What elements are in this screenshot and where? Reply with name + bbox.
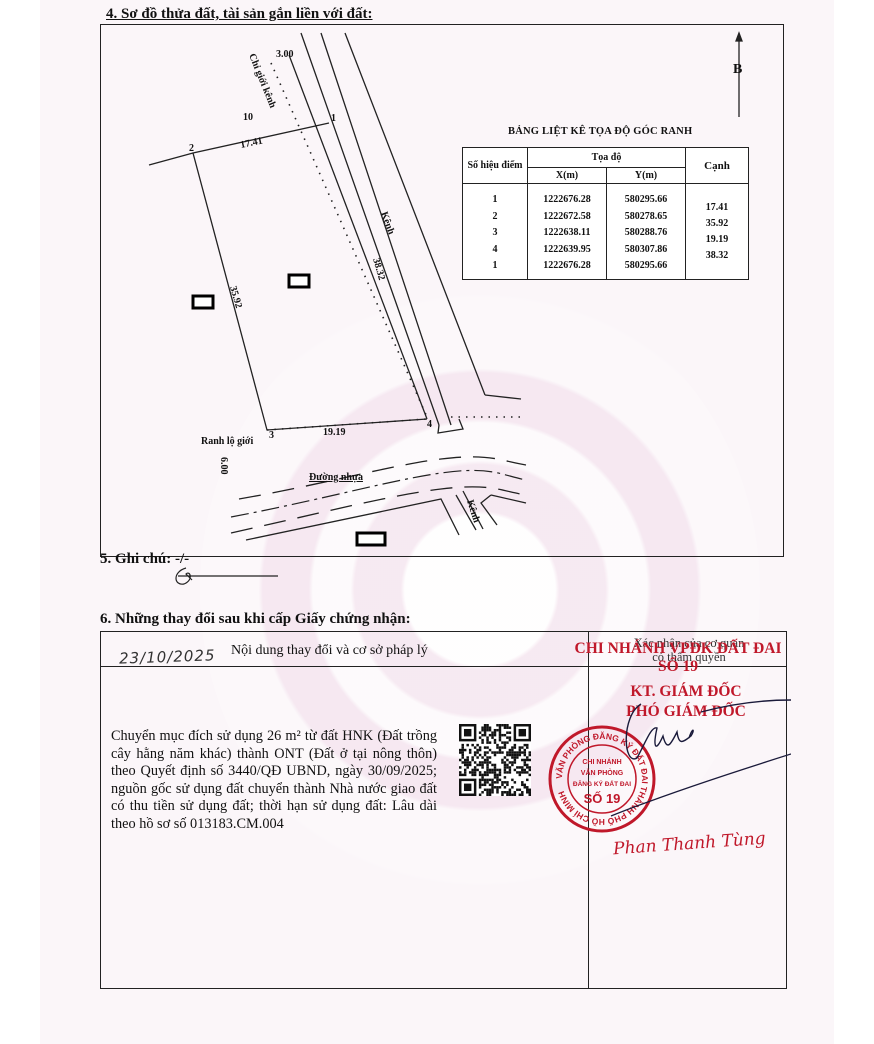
header-edge: Cạnh [686,148,749,184]
north-label: B [733,62,742,77]
neighbor-parcel-label: 10 [243,112,253,123]
x-cell: 1222638.11 [528,225,606,242]
point-cell: 1 [463,258,527,275]
edge-cell: 17.41 [686,200,748,216]
stamp-org-line-2: SỐ 19 [563,658,793,676]
edge-4-1-label: 38.32 [370,257,387,282]
change-content: Chuyển mục đích sử dụng 26 m² từ đất HNK… [111,728,437,833]
y-cell: 580295.66 [607,258,685,275]
point-1-label: 1 [331,113,336,124]
canal-label: Kênh [378,210,396,236]
redaction-box [289,275,309,287]
edge-2-3-label: 35.92 [227,285,244,310]
point-column: 12341 [463,184,528,280]
coord-table-title: BẢNG LIỆT KÊ TỌA ĐỘ GÓC RANH [508,126,692,137]
qr-code[interactable] [459,724,531,796]
coordinate-table: Số hiệu điểm Tọa độ Cạnh X(m) Y(m) 12341… [462,147,749,280]
redaction-box [193,296,213,308]
header-point: Số hiệu điểm [463,148,528,184]
signature [581,696,791,826]
redaction-box [357,533,385,545]
road-label: Đường nhựa [309,472,363,483]
point-4-label: 4 [427,419,432,430]
point-cell: 4 [463,242,527,259]
canal-width-label: 3.00 [276,49,294,60]
edge-cell: 35.92 [686,216,748,232]
edge-1-2-label: 17.41 [239,135,263,150]
edge-3-4-label: 19.19 [323,427,346,438]
section-4-title: 4. Sơ đồ thửa đất, tài sản gắn liền với … [106,6,373,23]
x-cell: 1222639.95 [528,242,606,259]
parcel-map: 3.00 Chỉ giới kênh 10 17.41 35.92 19.19 … [100,24,784,557]
y-column: 580295.66580278.65580288.76580307.865802… [607,184,686,280]
header-y: Y(m) [607,168,686,184]
x-cell: 1222672.58 [528,209,606,226]
y-cell: 580288.76 [607,225,685,242]
section-6-title: 6. Những thay đổi sau khi cấp Giấy chứng… [100,611,411,628]
y-cell: 580295.66 [607,192,685,209]
road-width-label: 6.00 [218,457,229,475]
header-coord: Tọa độ [528,148,686,168]
point-cell: 1 [463,192,527,209]
x-cell: 1222676.28 [528,192,606,209]
road-boundary-label: Ranh lộ giới [201,436,253,447]
header-x: X(m) [528,168,607,184]
stamp-organization: CHI NHÁNH VPĐK ĐẤT ĐAI SỐ 19 [563,640,793,676]
edge-column: 17.4135.9219.1938.32 [686,184,749,280]
handwritten-date: 23/10/2025 [119,646,216,667]
edge-cell: 38.32 [686,248,748,264]
x-cell: 1222676.28 [528,258,606,275]
parcel-diagram: 3.00 Chỉ giới kênh 10 17.41 35.92 19.19 … [101,25,783,556]
canal-boundary-label: Chỉ giới kênh [246,52,278,110]
canal-2-label: Kênh [464,499,482,525]
edge-cell: 19.19 [686,232,748,248]
point-3-label: 3 [269,430,274,441]
x-column: 1222676.281222672.581222638.111222639.95… [528,184,607,280]
stamp-org-line-1: CHI NHÁNH VPĐK ĐẤT ĐAI [563,640,793,658]
y-cell: 580307.86 [607,242,685,259]
initials-signature [168,562,288,590]
content-column-header: Nội dung thay đổi và cơ sở pháp lý [231,643,428,659]
changes-table: Nội dung thay đổi và cơ sở pháp lý 23/10… [100,631,787,989]
point-cell: 2 [463,209,527,226]
y-cell: 580278.65 [607,209,685,226]
point-cell: 3 [463,225,527,242]
point-2-label: 2 [189,143,194,154]
